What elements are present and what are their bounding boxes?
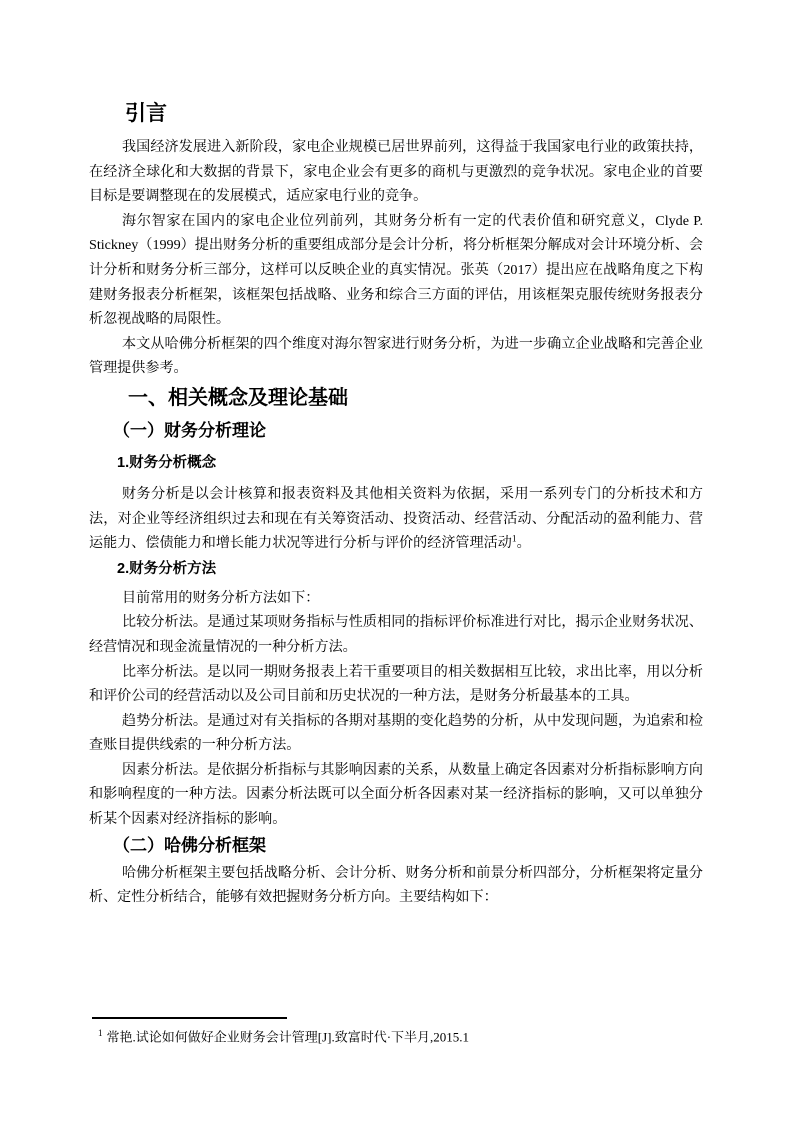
footnote-marker: 1	[98, 1028, 103, 1038]
heading-financial-analysis-methods: 2.财务分析方法	[117, 559, 703, 580]
methods-paragraph-intro: 目前常用的财务分析方法如下：	[89, 586, 703, 611]
footnote-area: 1常艳.试论如何做好企业财务会计管理[J].致富时代·下半月,2015.1	[92, 1017, 712, 1046]
heading-financial-analysis-concept: 1.财务分析概念	[117, 453, 703, 474]
section-1-heading: 一、相关概念及理论基础	[128, 385, 703, 411]
intro-paragraph-2: 海尔智家在国内的家电企业位列前列，其财务分析有一定的代表价值和研究意义，Clyd…	[89, 209, 703, 332]
harvard-framework-paragraph: 哈佛分析框架主要包括战略分析、会计分析、财务分析和前景分析四部分，分析框架将定量…	[89, 861, 703, 910]
intro-paragraph-1: 我国经济发展进入新阶段，家电企业规模已居世界前列，这得益于我国家电行业的政策扶持…	[89, 135, 703, 209]
methods-paragraph-ratio: 比率分析法。是以同一期财务报表上若干重要项目的相关数据相互比较，求出比率，用以分…	[89, 660, 703, 709]
methods-paragraph-factor: 因素分析法。是依据分析指标与其影响因素的关系，从数量上确定各因素对分析指标影响方…	[89, 758, 703, 832]
intro-paragraph-3: 本文从哈佛分析框架的四个维度对海尔智家进行财务分析，为进一步确立企业战略和完善企…	[89, 332, 703, 381]
methods-paragraph-trend: 趋势分析法。是通过对有关指标的各期对基期的变化趋势的分析，从中发现问题，为追索和…	[89, 709, 703, 758]
footnote-separator-rule	[92, 1017, 287, 1019]
concept-paragraph: 财务分析是以会计核算和报表资料及其他相关资料为依据，采用一系列专门的分析技术和方…	[89, 482, 703, 556]
document-page: 引言 我国经济发展进入新阶段，家电企业规模已居世界前列，这得益于我国家电行业的政…	[0, 0, 793, 1122]
methods-paragraph-comparative: 比较分析法。是通过某项财务指标与性质相同的指标评价标准进行对比，揭示企业财务状况…	[89, 610, 703, 659]
footnote-text: 1常艳.试论如何做好企业财务会计管理[J].致富时代·下半月,2015.1	[98, 1024, 712, 1046]
concept-body-tail: 。	[517, 535, 531, 551]
subsection-1-1-heading: （一）财务分析理论	[113, 419, 703, 442]
subsection-1-2-heading: （二）哈佛分析框架	[113, 834, 703, 857]
intro-heading: 引言	[125, 100, 703, 128]
footnote-citation: 常艳.试论如何做好企业财务会计管理[J].致富时代·下半月,2015.1	[107, 1029, 470, 1044]
concept-body-text: 财务分析是以会计核算和报表资料及其他相关资料为依据，采用一系列专门的分析技术和方…	[89, 486, 703, 551]
